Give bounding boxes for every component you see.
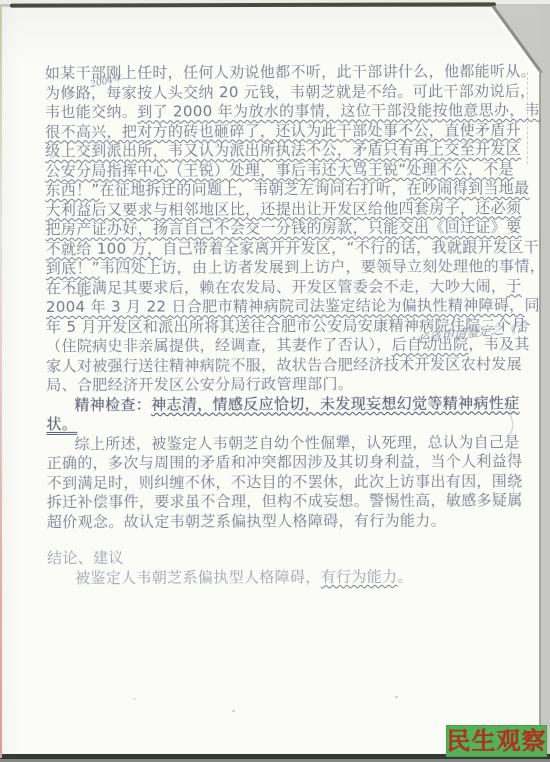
text-segment: 自己带着全家离开开发区，“不行的话，我就跟开发区干 <box>162 237 539 257</box>
underlined-text: 在吵闹得到当地最 <box>407 179 530 198</box>
dust-speck <box>133 698 136 700</box>
text-line: 大利益后又要求与相邻地区比，还提出让开发区给他四套房子，还必须 <box>45 199 501 220</box>
underlined-text: 大利益后又要求与相邻地区比，还提出让开发区给他四套房子，还必须 <box>45 198 521 218</box>
underlined-text: 把房产证办好，扬言自己不会交一分钱的房款，只能交出《回迁证》要 <box>46 218 522 238</box>
text-segment: 超价观念。故认定韦朝芝系偏执型人格障碍，有行为能力。 <box>47 511 446 531</box>
text-line: 把房产证办好，扬言自己不会交一分钱的房款，只能交出《回迁证》要 <box>46 218 502 239</box>
text-line: 很不高兴，把对方的砖也砸碎了，还认为此干部处事不公，直使矛盾升 <box>45 121 501 142</box>
underlined-text: 公安分局指挥中心（王锐）处理，事后韦还大骂王锐“处理不公，不是 <box>45 159 514 179</box>
text-line: 不就给 100 万，自己带着全家离开开发区，“不行的话，我就跟开发区干 <box>46 238 502 259</box>
text-line: 2004 年 3 月 22 日合肥市精神病院司法鉴定结论为偏执性精神障碍，同 <box>46 296 502 317</box>
text-segment: 。 <box>397 567 412 585</box>
underlined-text: 有行为能力 <box>321 567 398 585</box>
underlined-text: 级上交到派出所，韦又认为派出所执法不公，矛盾只有再上交至开发区 <box>45 140 521 160</box>
text-line: 正确的，多次与周围的矛盾和冲突都因涉及其切身利益，当个人利益得 <box>47 452 503 473</box>
text-segment: 家人对被强行送往精神病院不服，故状告合肥经济技术开发区农村发展 <box>46 354 522 374</box>
text-segment: 在不能满足其要求后，赖在农发局、开发区管委会不走，大吵大闹， <box>46 276 507 296</box>
handwritten-scribble <box>66 283 92 299</box>
dust-speck <box>232 710 235 712</box>
text-line: 精神检查：神志清，情感反应恰切，未发现妄想幻觉等精神病性症 <box>46 394 502 415</box>
handwritten-scribble-margin <box>500 400 526 510</box>
text-line: 东西！”在征地拆迁的问题上，韦朝芝左询问右打听，在吵闹得到当地最 <box>45 179 501 200</box>
text-segment: （住院病史非亲属提供，经调查，其妻作了否认）， <box>46 335 392 355</box>
underlined-text: 东西！” <box>45 181 99 199</box>
text-segment: 拆迁补偿事件，要求虽不合理，但构不成妄想。警惕性高，敏感多疑属 <box>47 491 523 511</box>
text-line: 拆迁补偿事件，要求虽不合理，但构不成妄想。警惕性高，敏感多疑属 <box>47 491 503 512</box>
watermark-badge: 民生观察 <box>446 725 547 757</box>
underlined-text: 不就给 100 万， <box>46 239 163 258</box>
text-line: 到底！”韦四处上访，由上访者发展到上访户，要领导立刻处理他的事情， <box>46 257 502 278</box>
page-top-edge <box>10 2 496 7</box>
underlined-text: 2004 年 3 月 22 日合肥市精神病院司法鉴定结论为偏执性精神障碍， <box>46 296 525 316</box>
page-left-edge <box>0 4 2 758</box>
text-line: 超价观念。故认定韦朝芝系偏执型人格障碍，有行为能力。 <box>47 511 503 532</box>
scanned-document-page: 如某干部刚上任时，任何人劝说他都不听，此干部讲什么，他都能听从。为修路，每家按人… <box>0 0 550 762</box>
text-segment: 精神检查： <box>74 395 151 413</box>
text-line: 局、合肥经济开发区公安分局行政管理部门。 <box>46 374 502 395</box>
text-segment: 不到满足时，则纠缠不休，不达目的不罢休，此次上访事出有因，围绕 <box>47 471 523 491</box>
text-segment: 韦四处上访，由上访者发展到上访户，要领导立刻处理他的事情， <box>100 257 545 277</box>
page-right-edge <box>539 70 541 754</box>
text-segment: 同 <box>524 296 539 314</box>
text-segment: 正确的，多次与周围的矛盾和冲突都因涉及其切身利益，当个人利益得 <box>47 452 523 472</box>
text-segment: 综上所述，被鉴定人韦朝芝自幼个性倔犟，认死理，总认为自己是 <box>74 432 519 452</box>
text-line: 级上交到派出所，韦又认为派出所执法不公，矛盾只有再上交至开发区 <box>45 140 501 161</box>
underlined-text: 到了 2000 年为放水的事情，这位干部没能按他意思办，韦 <box>137 101 540 121</box>
underlined-text: 很不高兴，把对方的砖也砸碎了，还认为此干部处事不公，直使矛盾升 <box>45 120 521 140</box>
watermark-text: 民生观察 <box>447 729 547 753</box>
text-line: 结论、建议 <box>47 547 503 568</box>
scan-crease-line <box>527 72 528 164</box>
text-line: 被鉴定人韦朝芝系偏执型人格障碍，有行为能力。 <box>47 567 503 588</box>
underlined-text: 到底！” <box>46 259 100 277</box>
text-segment: 在征地拆迁的问题上，韦朝芝左询问右打听， <box>100 179 407 198</box>
text-segment: 结论、建议 <box>47 549 124 567</box>
text-line: 家人对被强行送往精神病院不服，故状告合肥经济技术开发区农村发展 <box>46 355 502 376</box>
text-line: 在不能满足其要求后，赖在农发局、开发区管委会不走，大吵大闹，于 <box>46 277 502 298</box>
text-segment: 局、合肥经济开发区公安分局行政管理部门。 <box>46 375 353 394</box>
underlined-text: 状。 <box>46 415 77 433</box>
text-segment: 被鉴定人韦朝芝系偏执型人格障碍， <box>75 567 321 586</box>
text-segment: 韦也能交纳。 <box>45 103 137 121</box>
text-line: 韦也能交纳。到了 2000 年为放水的事情，这位干部没能按他意思办，韦 <box>45 101 501 122</box>
text-line: 综上所述，被鉴定人韦朝芝自幼个性倔犟，认死理，总认为自己是 <box>46 433 502 454</box>
underlined-text: 于 <box>506 276 521 294</box>
text-line: 公安分局指挥中心（王锐）处理，事后韦还大骂王锐“处理不公，不是 <box>45 160 501 181</box>
text-line: 状。 <box>46 413 502 434</box>
underlined-text: 神志清，情感反应恰切，未发现妄想幻觉等精神病性症 <box>151 393 519 413</box>
text-line: 不到满足时，则纠缠不休，不达目的不罢休，此次上访事出有因，围绕 <box>47 472 503 493</box>
dust-speck <box>395 696 398 698</box>
